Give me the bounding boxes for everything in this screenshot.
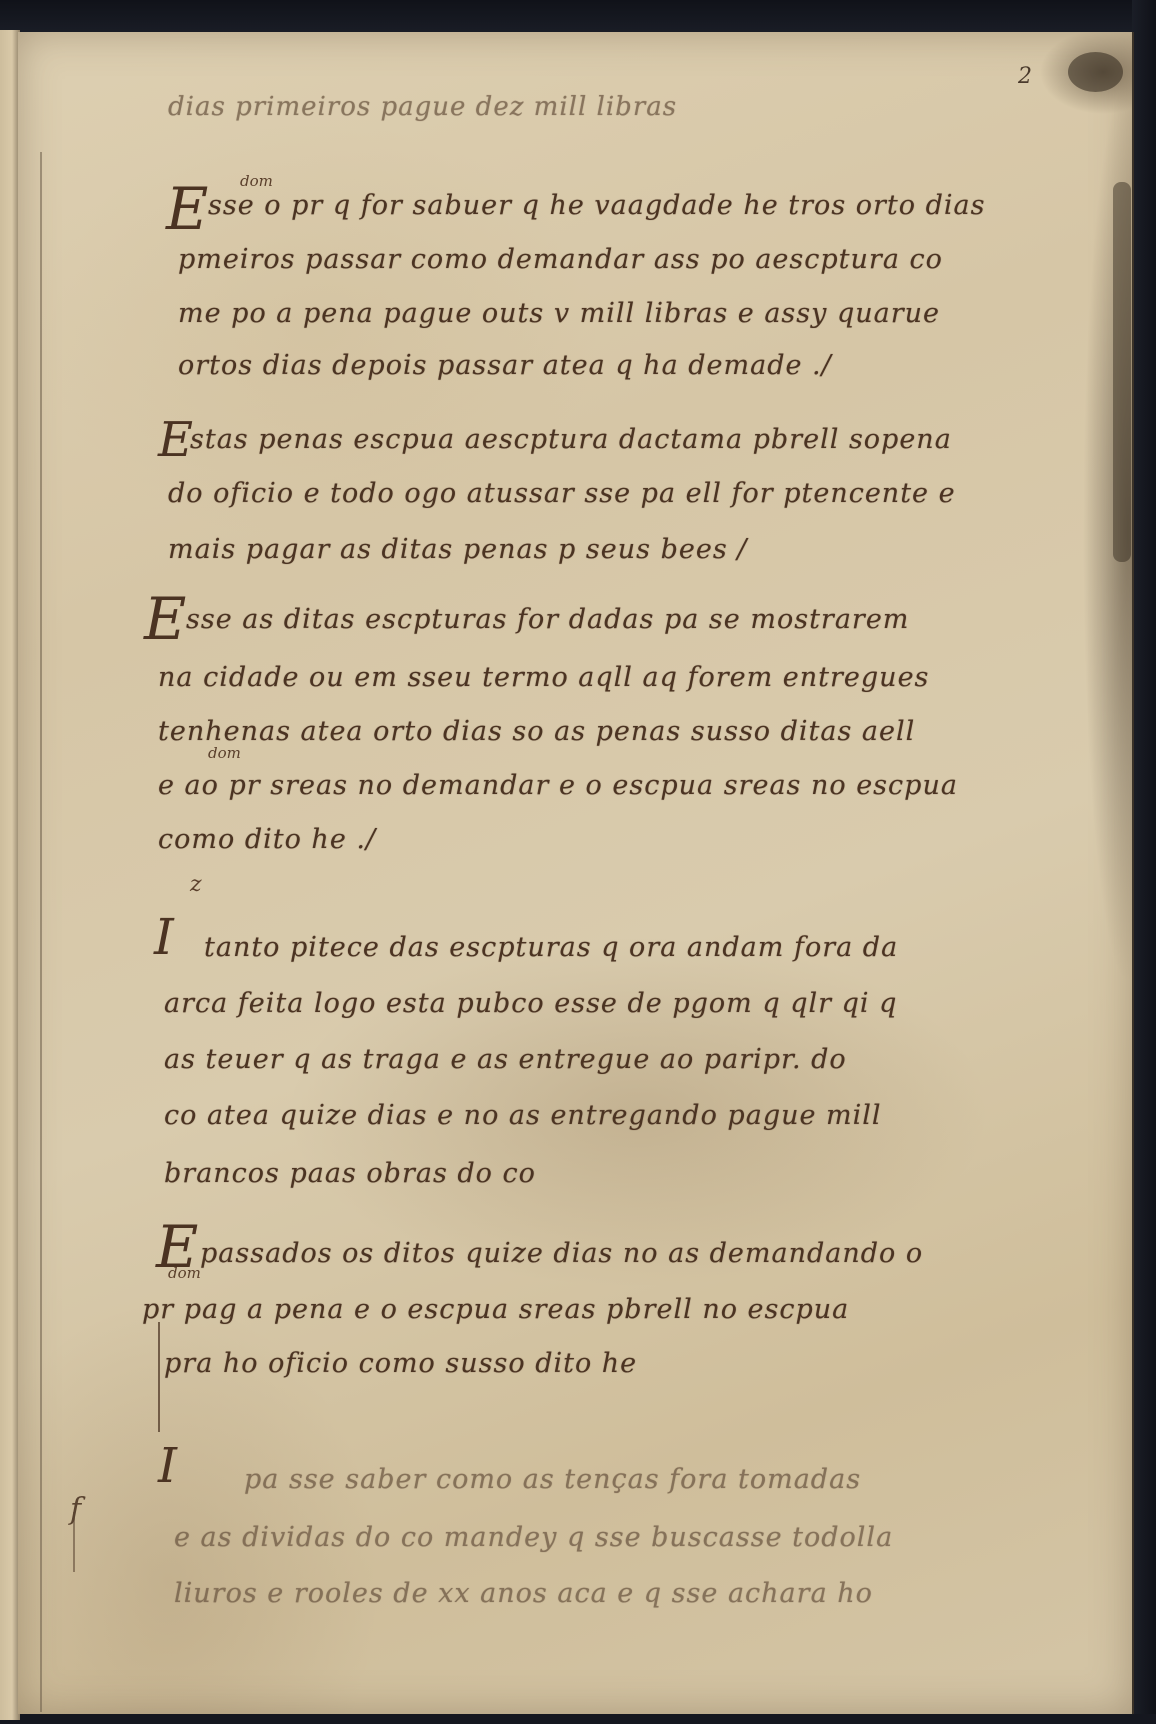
paragraph-3-line-4: e ao pr sreas no demandar e o escpua sre…	[158, 770, 958, 801]
paragraph-6-line-3: liuros e rooles de xx anos aca e q sse a…	[174, 1578, 873, 1609]
folio-number: 2	[1018, 64, 1032, 89]
scan-background-bottom	[0, 1714, 1156, 1724]
paragraph-4-line-2: arca feita logo esta pubco esse de pgom …	[164, 988, 897, 1019]
margin-mark: f	[70, 1492, 81, 1527]
edge-stain	[1113, 182, 1131, 562]
scan-background-right	[1132, 0, 1156, 1724]
paragraph-4-line-1: tanto pitece das escpturas q ora andam f…	[204, 932, 898, 963]
paragraph-4-line-4: co atea quize dias e no as entregando pa…	[164, 1100, 882, 1131]
paragraph-2-line-1: stas penas escpua aescptura dactama pbre…	[190, 424, 952, 455]
paragraph-5-descender	[158, 1322, 160, 1432]
paragraph-1-line-1: sse o pr q for sabuer q he vaagdade he t…	[208, 190, 985, 221]
paragraph-1-line-2: pmeiros passar como demandar ass po aesc…	[178, 244, 943, 275]
paragraph-6-initial: I	[158, 1442, 177, 1490]
paragraph-3-line-3: tenhenas atea orto dias so as penas suss…	[158, 716, 915, 747]
manuscript-page: 2 dias primeiros pague dez mill libras E…	[18, 32, 1134, 1714]
paragraph-4-interlinear: z	[190, 872, 202, 897]
facing-leaf-edge	[0, 30, 20, 1720]
paragraph-5-line-3: pra ho oficio como susso dito he	[164, 1348, 637, 1379]
paragraph-6-line-1: pa sse saber como as tenças fora tomadas	[244, 1464, 861, 1495]
paragraph-5-line-2: pr pag a pena e o escpua sreas pbrell no…	[142, 1294, 849, 1325]
paragraph-3-initial: E	[144, 590, 186, 648]
paragraph-2-line-2: do oficio e todo ogo atussar sse pa ell …	[168, 478, 956, 509]
paragraph-4-line-5: brancos paas obras do co	[164, 1158, 536, 1189]
paragraph-3-line-5: como dito he ./	[158, 824, 376, 855]
paragraph-4-initial: I	[154, 912, 174, 962]
paragraph-1-line-4: ortos dias depois passar atea q ha demad…	[178, 350, 832, 381]
paragraph-1-line-3: me po a pena pague outs v mill libras e …	[178, 298, 940, 329]
paragraph-1-initial: E	[166, 180, 208, 238]
paragraph-3-line-2: na cidade ou em sseu termo aqll aq forem…	[158, 662, 929, 693]
paragraph-5-line-1: passados os ditos quize dias no as deman…	[200, 1238, 923, 1269]
paragraph-1-interlinear: dom	[240, 172, 273, 190]
paragraph-2-line-3: mais pagar as ditas penas p seus bees /	[168, 534, 747, 565]
scan-background-top	[0, 0, 1156, 34]
paragraph-6-line-2: e as dividas do co mandey q sse buscasse…	[174, 1522, 893, 1553]
stain	[1068, 52, 1123, 92]
binding-fold	[40, 152, 42, 1712]
paragraph-2-initial: E	[158, 416, 193, 464]
margin-mark-stroke	[73, 1512, 75, 1572]
header-line: dias primeiros pague dez mill libras	[168, 92, 677, 122]
paragraph-4-line-3: as teuer q as traga e as entregue ao par…	[164, 1044, 847, 1075]
paragraph-3-line-1: sse as ditas escpturas for dadas pa se m…	[186, 604, 909, 635]
paragraph-5-interlinear: dom	[168, 1264, 201, 1282]
